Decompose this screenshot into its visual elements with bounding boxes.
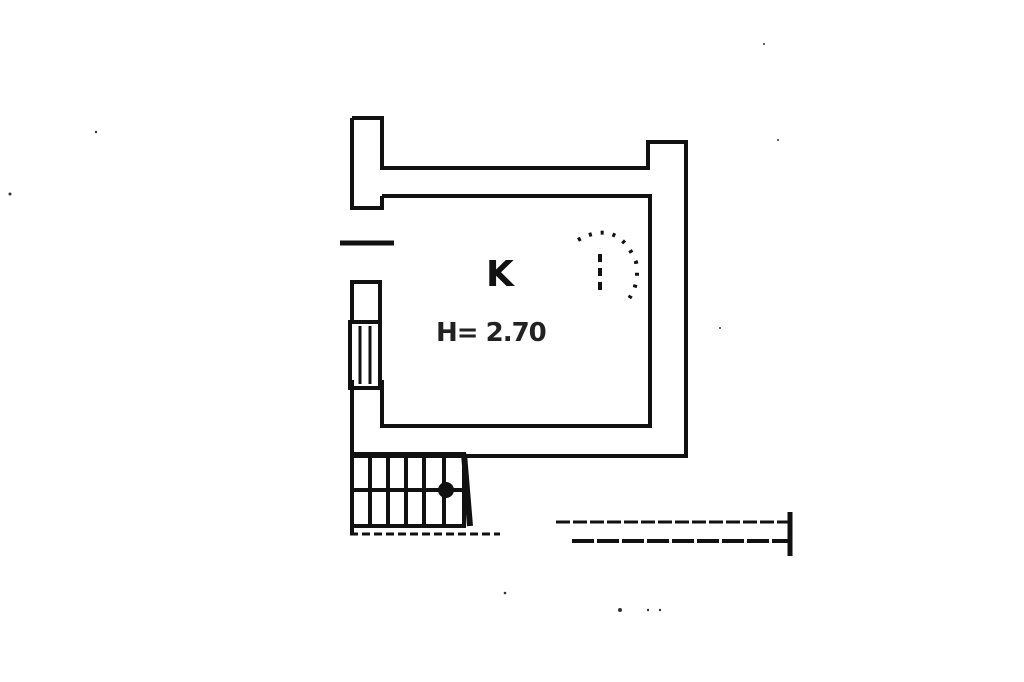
upper-left-wall [352,118,382,208]
room-label: K [486,254,514,295]
ceiling-height-label: H= 2.70 [436,318,546,348]
inner-room-wall [382,196,650,426]
door-jamb [352,282,380,322]
stair-direction-marker [438,482,454,498]
door-swing-arc [578,233,637,300]
exterior-line [350,512,790,556]
wall-pier [350,322,380,388]
